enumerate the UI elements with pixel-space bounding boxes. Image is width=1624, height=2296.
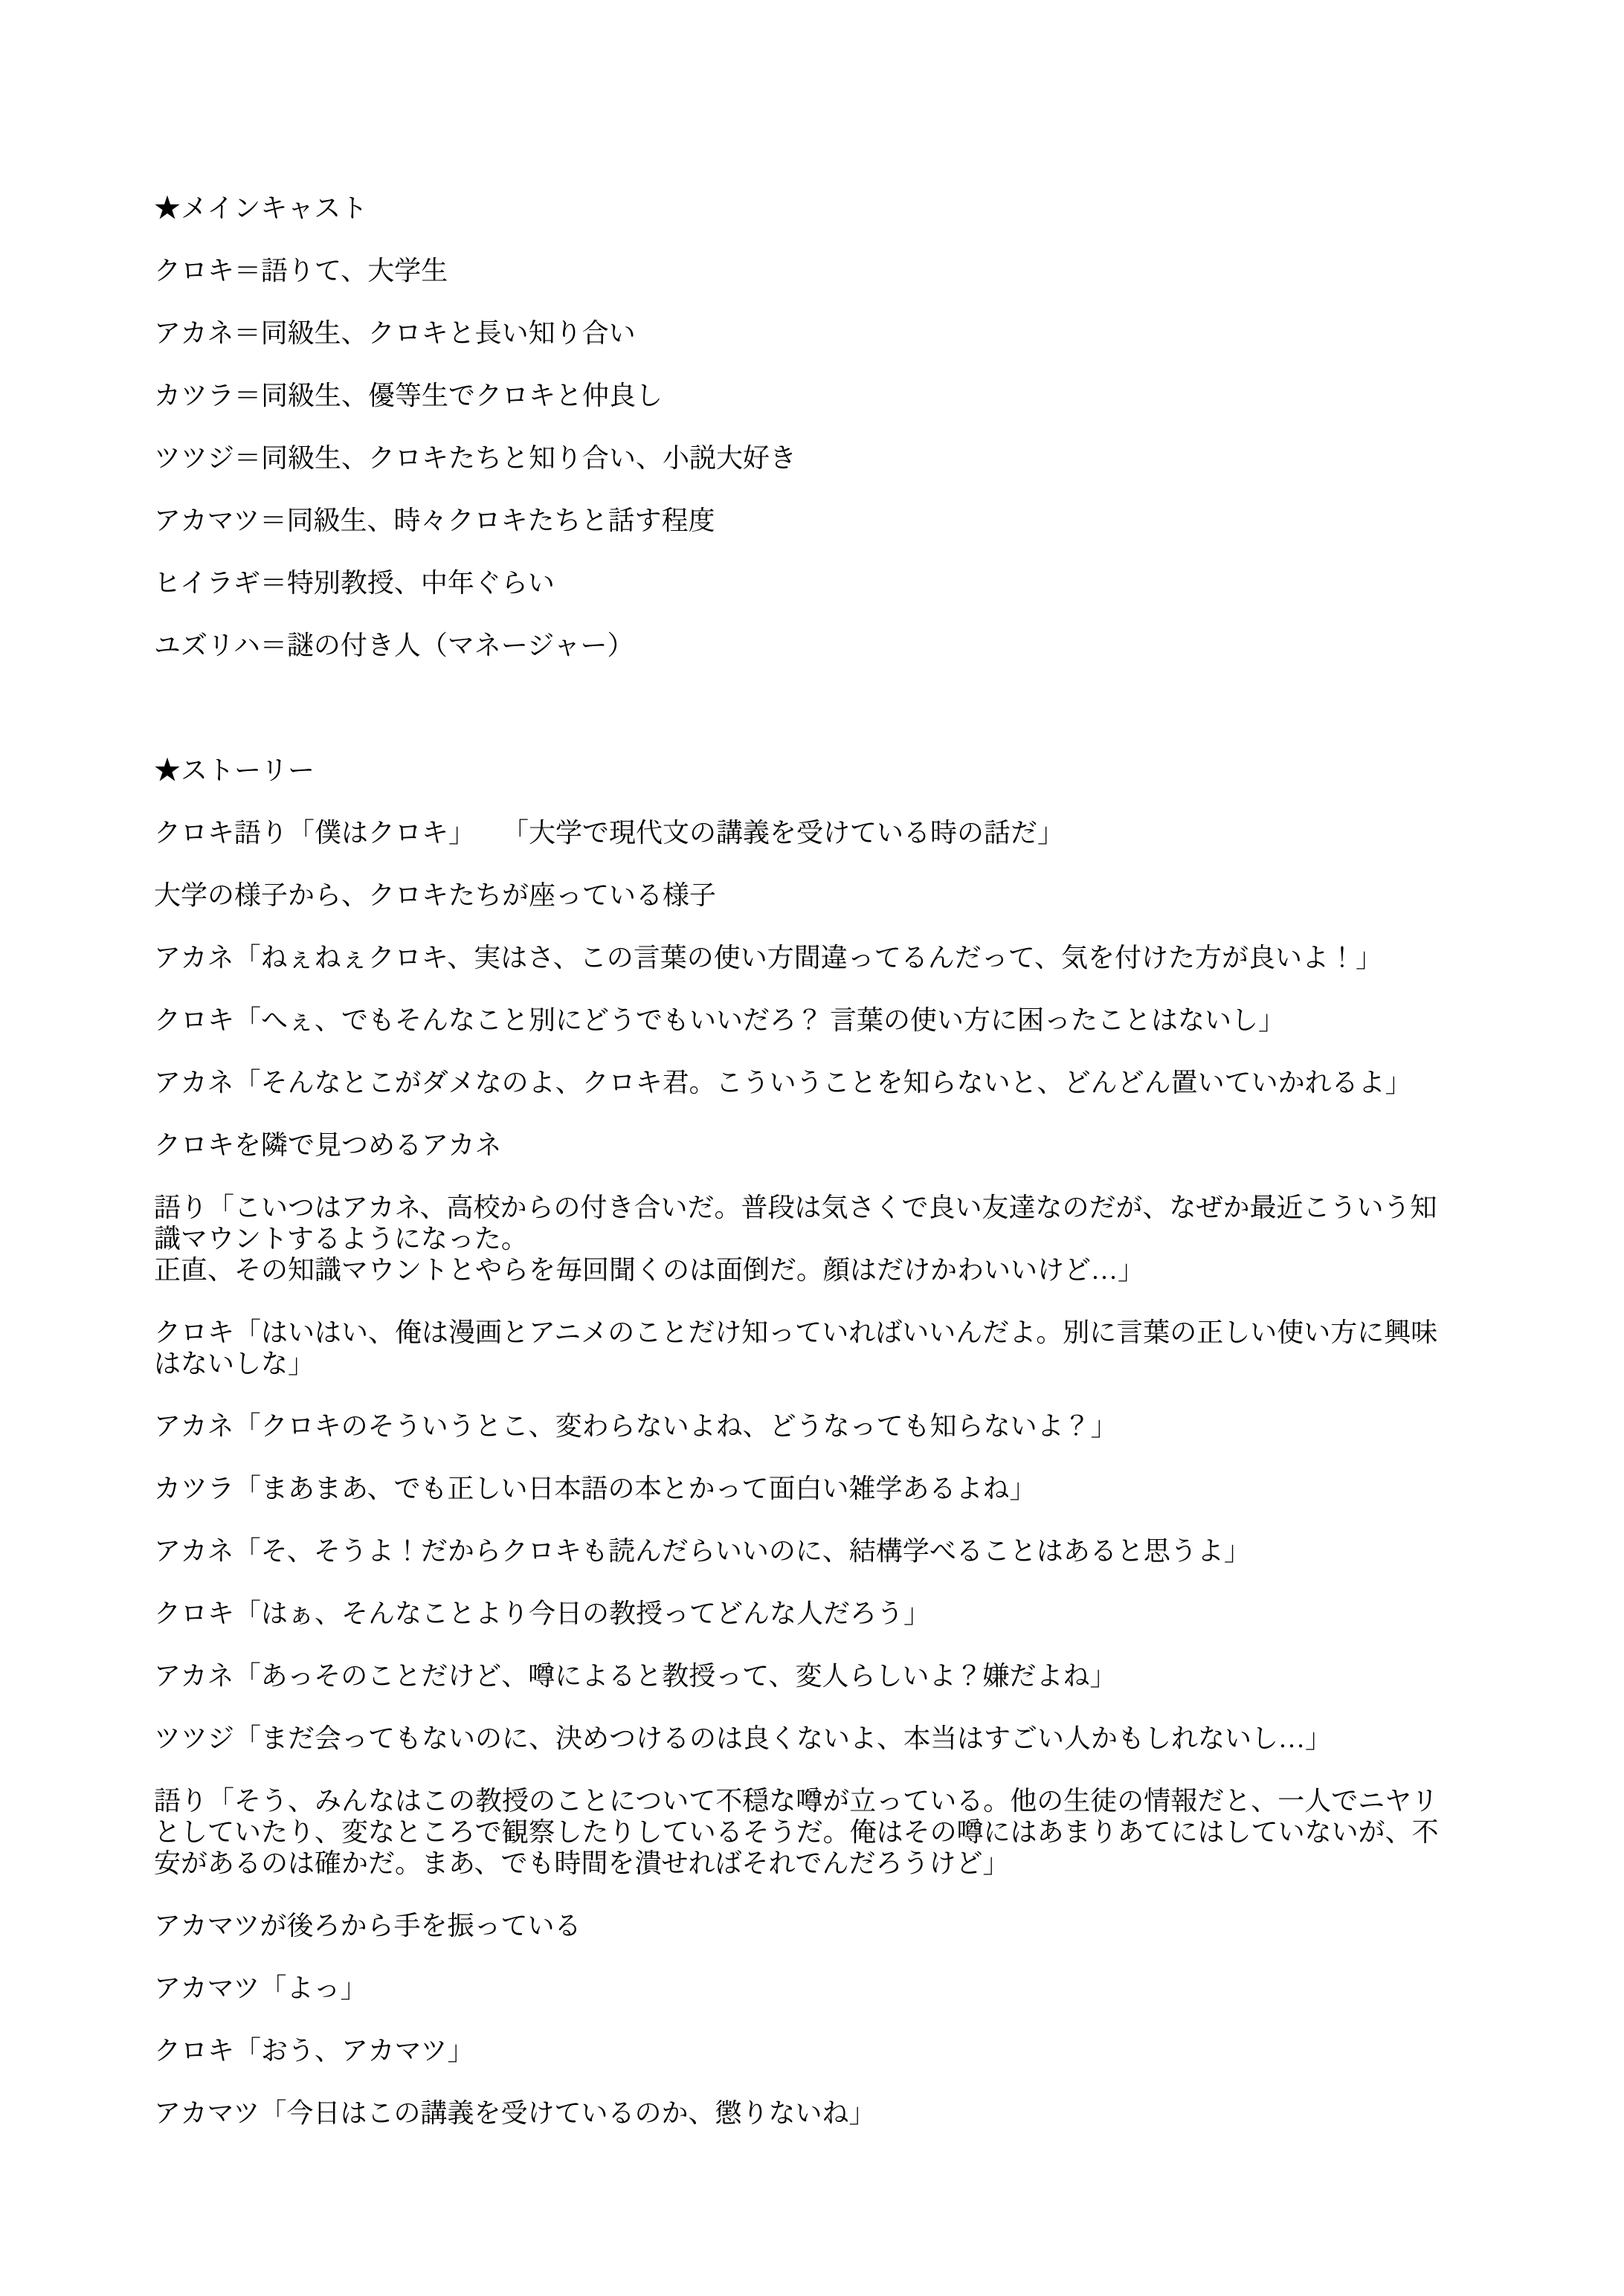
cast-line-akamatsu: アカマツ＝同級生、時々クロキたちと話す程度 (154, 505, 1492, 567)
story-line: クロキを隣で見つめるアカネ (154, 1129, 1492, 1192)
cast-line-hiiragi: ヒイラギ＝特別教授、中年ぐらい (154, 567, 1492, 630)
cast-line-akane: アカネ＝同級生、クロキと長い知り合い (154, 317, 1492, 380)
cast-line-yuzuriha: ユズリハ＝謎の付き人（マネージャー） (154, 630, 1492, 755)
story-line: カツラ「まあまあ、でも正しい日本語の本とかって面白い雑学あるよね」 (154, 1473, 1492, 1535)
cast-line-katsura: カツラ＝同級生、優等生でクロキと仲良し (154, 380, 1492, 442)
document-page: ★メインキャストクロキ＝語りて、大学生アカネ＝同級生、クロキと長い知り合いカツラ… (0, 0, 1624, 2296)
story-line: 語り「こいつはアカネ、高校からの付き合いだ。普段は気さくで良い友達なのだが、なぜ… (154, 1192, 1492, 1317)
story-line: アカマツ「今日はこの講義を受けているのか、懲りないね」 (154, 2097, 1492, 2160)
story-line: アカマツが後ろから手を振っている (154, 1910, 1492, 1973)
heading-main-cast: ★メインキャスト (154, 193, 1492, 255)
story-line: アカネ「クロキのそういうとこ、変わらないよね、どうなっても知らないよ？」 (154, 1410, 1492, 1473)
story-line: クロキ「はいはい、俺は漫画とアニメのことだけ知っていればいいんだよ。別に言葉の正… (154, 1317, 1492, 1410)
cast-line-kuroki: クロキ＝語りて、大学生 (154, 255, 1492, 317)
story-line: アカネ「あっそのことだけど、噂によると教授って、変人らしいよ？嫌だよね」 (154, 1660, 1492, 1723)
document-body: ★メインキャストクロキ＝語りて、大学生アカネ＝同級生、クロキと長い知り合いカツラ… (154, 193, 1492, 2160)
story-line: クロキ語り「僕はクロキ」 「大学で現代文の講義を受けている時の話だ」 (154, 817, 1492, 880)
heading-story: ★ストーリー (154, 755, 1492, 817)
story-line: アカマツ「よっ」 (154, 1973, 1492, 2035)
story-line: アカネ「そんなとこがダメなのよ、クロキ君。こういうことを知らないと、どんどん置い… (154, 1067, 1492, 1129)
story-line: 語り「そう、みんなはこの教授のことについて不穏な噂が立っている。他の生徒の情報だ… (154, 1785, 1492, 1910)
cast-line-tsutsuji: ツツジ＝同級生、クロキたちと知り合い、小説大好き (154, 442, 1492, 505)
story-line: 大学の様子から、クロキたちが座っている様子 (154, 880, 1492, 942)
story-line: アカネ「ねぇねぇクロキ、実はさ、この言葉の使い方間違ってるんだって、気を付けた方… (154, 942, 1492, 1004)
story-line: ツツジ「まだ会ってもないのに、決めつけるのは良くないよ、本当はすごい人かもしれな… (154, 1723, 1492, 1785)
story-line: クロキ「へぇ、でもそんなこと別にどうでもいいだろ？ 言葉の使い方に困ったことはな… (154, 1004, 1492, 1067)
story-line: クロキ「はぁ、そんなことより今日の教授ってどんな人だろう」 (154, 1598, 1492, 1660)
story-line: クロキ「おう、アカマツ」 (154, 2035, 1492, 2097)
story-line: アカネ「そ、そうよ！だからクロキも読んだらいいのに、結構学べることはあると思うよ… (154, 1535, 1492, 1598)
